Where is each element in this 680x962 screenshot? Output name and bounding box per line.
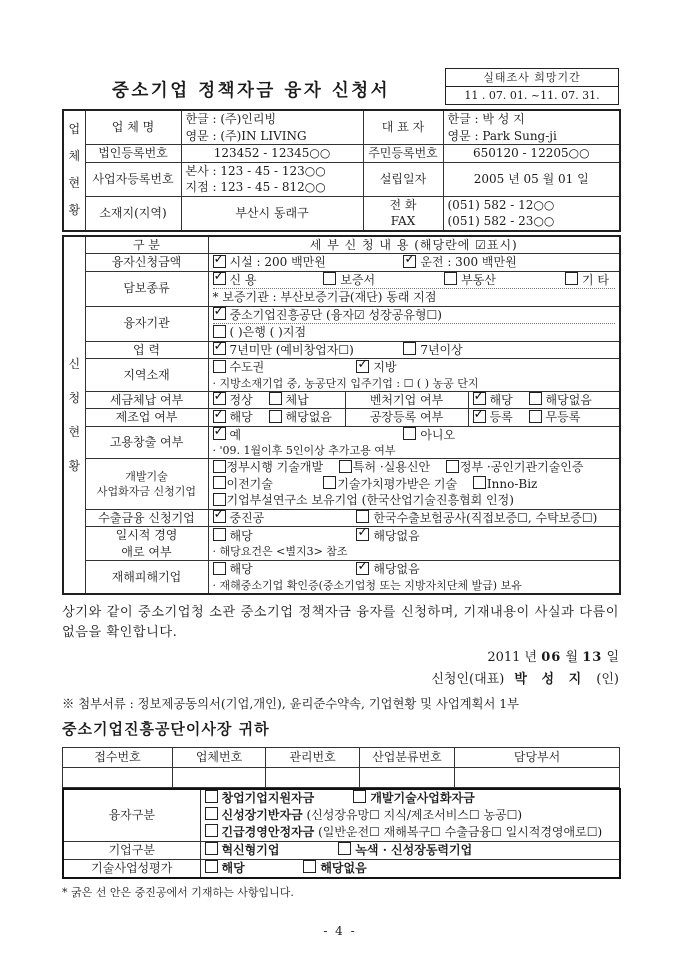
checkbox-employ-no[interactable] [403,427,416,440]
document-page: 중소기업 정책자금 융자 신청서 실태조사 희망기간 11 . 07. 01. … [0,0,680,962]
row-disaster: 재해피해기업 해당 해당없음 · 재해중소기업 확인증(중소기업청 또는 지방자… [63,561,620,594]
option-text: 예 [230,428,242,442]
venture-options: 해당 해당없음 [468,391,620,409]
option-text: 기업부설연구소 보유기업 (한국산업기술진흥협회 인정) [227,493,514,507]
option-text: 해당 [490,393,513,407]
option-tech-transfer: 이전기술 [213,476,308,493]
location-label: 소재지(지역) [85,196,181,231]
loan-amount-options: 시설 : 200 백만원 운전 : 300 백만원 [208,254,620,272]
option-sbc-export: 중진공 [213,510,341,527]
disaster-label: 재해피해기업 [85,561,208,594]
tel-fax-label: 전 화 FAX [363,196,443,231]
option-tempcrisis-yes: 해당 [213,528,341,545]
collateral-option-line: 신 용 보증서 부동산 기 타 [213,272,616,290]
founded-value: 2005 년 05 월 01 일 [443,162,620,196]
disaster-note: · 재해중소기업 확인증(중소기업청 또는 지방자치단체 발급) 보유 [213,578,616,593]
option-text: 해당없음 [320,861,366,875]
employment-note: · '09. 1월이후 5인이상 추가고용 여부 [213,443,616,458]
option-tech-eval-no: 해당없음 [303,860,366,877]
disaster-option-line: 해당 해당없음 [213,561,616,578]
option-innovative-corp: 혁신형기업 [205,842,323,859]
option-text: 해당 [222,861,245,875]
option-text: 신 용 [230,273,257,287]
option-emergency-fund: 긴급경영안정자금 (일반운전☐ 재해복구☐ 수출금융☐ 일시적경영애로☐) [205,824,603,841]
section-label-application-status: 신 청 현 황 [63,236,85,594]
option-patent: 특허 ·실용신안 [339,459,430,476]
option-text: 아니오 [420,428,455,442]
checkbox-startup-fund[interactable] [205,790,218,803]
option-over-7yr: 7년이상 [403,342,462,359]
option-under-7yr: 7년미만 (예비창업자☐) [213,342,388,359]
option-gov-techdev: 정부시행 기술개발 [213,459,324,476]
attachments-note: ※ 첨부서류 : 정보제공동의서(기업,개인), 윤리준수약속, 기업현황 및 … [62,694,619,712]
date-day: 13 [582,650,602,665]
row-export: 수출금융 신청기업 중진공 한국수출보험공사(직접보증☐, 수탁보증☐) [63,509,620,527]
declaration-statement: 상기와 같이 중소기업청 소관 중소기업 정책자금 융자를 신청하며, 기재내용… [62,603,619,643]
row-employment: 고용창출 여부 예 아니오 · '09. 1월이후 5인이상 추가고용 여부 [63,426,620,459]
option-text: 정부시행 기술개발 [227,460,324,474]
option-facility-fund: 시설 : 200 백만원 [213,254,388,271]
option-text: 등록 [490,410,513,424]
checkbox-tech-eval-no[interactable] [303,860,316,873]
form-content: 중소기업 정책자금 융자 신청서 실태조사 희망기간 11 . 07. 01. … [62,68,619,900]
checkbox-disaster-no[interactable] [356,562,369,575]
option-text: 해당 [230,410,253,424]
vlabel-char: 황 [64,449,85,483]
checkbox-venture-no[interactable] [529,392,542,405]
row-collateral: 담보종류 신 용 보증서 부동산 기 타 * 보증기관 : 부산보증기금(재단)… [63,271,620,306]
office-col-industry-no: 산업분류번호 [360,747,455,767]
agency-option-sbc: 중소기업진흥공단 (융자☑ 성장공유형☐) [213,307,616,325]
ceo-value: 한글 : 박 성 지 영문 : Park Sung-ji [443,110,620,145]
row-tax-venture: 세금체납 여부 정상 체납 벤처기업 여부 해당 해당없음 [63,391,620,409]
option-text: Inno-Biz [487,477,537,491]
option-text: 녹색 · 신성장동력기업 [355,843,472,857]
vlabel-char: 황 [64,197,85,224]
checkbox-tech-valuation[interactable] [323,476,336,489]
survey-period-box: 실태조사 희망기간 11 . 07. 01. ~11. 07. 31. [445,68,619,105]
ceo-name-en: 영문 : Park Sung-ji [448,128,616,145]
loan-type-options: 창업기업지원자금 개발기술사업화자금 신성장기반자금 (신성장유망☐ 지식/제조… [200,789,620,842]
option-guarantee-letter: 보증서 [323,272,428,289]
company-info-table: 업 체 현 황 업 체 명 한글 : (주)인리빙 영문 : (주)IN LIV… [62,109,621,232]
option-text: 정상 [230,393,253,407]
venture-label: 벤처기업 여부 [345,391,468,409]
tempcrisis-label-line1: 일시적 경영 [88,527,206,544]
tech-eval-label: 기술사업성평가 [63,859,200,878]
applicant-seal: (인) [596,672,619,687]
option-startup-fund: 창업기업지원자금 [205,790,338,807]
tempcrisis-options: 해당 해당없음 · 해당요건은 <별지3> 참조 [208,527,620,561]
tempcrisis-note: · 해당요건은 <별지3> 참조 [213,544,616,559]
checkbox-disaster-yes[interactable] [213,562,226,575]
option-gov-cert: 정부 ·공인기관기술인증 [446,459,584,476]
factory-options: 등록 무등록 [468,409,620,427]
row-location: 소재지(지역) 부산시 동래구 전 화 FAX (051) 582 - 12○○… [63,196,620,231]
option-factory-unreg: 무등록 [529,409,581,426]
biz-reg-value: 본사 : 123 - 45 - 123○○ 지점 : 123 - 45 - 81… [181,162,363,196]
checkbox-facility-fund[interactable] [213,255,226,268]
option-text: 기술가치평가받은 기술 [337,477,457,491]
option-operating-fund: 운전 : 300 백만원 [403,254,516,271]
option-text: 특허 ·실용신안 [353,460,430,474]
office-empty-cell-mgmt [266,767,360,787]
option-credit: 신 용 [213,272,308,289]
collateral-label: 담보종류 [85,271,208,306]
loan-amount-label: 융자신청금액 [85,254,208,272]
checkbox-bank-agency[interactable] [213,325,226,338]
option-mfg-yes: 해당 [213,409,253,426]
option-text: 보증서 [340,273,375,287]
applicant-line: 신청인(대표) 박 성 지 (인) [62,668,619,687]
ceo-label: 대 표 자 [363,110,443,145]
checkbox-research-lab[interactable] [213,493,226,506]
row-loan-agency: 융자기관 중소기업진흥공단 (융자☑ 성장공유형☐) ( )은행 ( )지점 [63,306,620,341]
manufacture-options: 해당 해당없음 [208,409,345,427]
row-region: 지역소재 수도권 지방 · 지방소재기업 중, 농공단지 입주기업 : ☐ ( … [63,359,620,392]
collateral-note: * 보증기관 : 부산보증기금(재단) 동래 지점 [213,289,616,306]
techfund-line3: 기업부설연구소 보유기업 (한국산업기술진흥협회 인정) [213,492,616,509]
row-company-name: 업 체 현 황 업 체 명 한글 : (주)인리빙 영문 : (주)IN LIV… [63,110,620,145]
loan-agency-label: 융자기관 [85,306,208,341]
survey-period-label: 실태조사 희망기간 [446,69,618,87]
option-text: 7년미만 (예비창업자☐) [230,343,354,357]
office-use-header-table: 접수번호 업체번호 관리번호 산업분류번호 담당부서 [62,747,620,788]
checkbox-factory-reg[interactable] [473,410,486,423]
page-number: - 4 - [0,924,680,938]
option-text: 체납 [286,393,309,407]
option-text: 정부 ·공인기관기술인증 [460,460,584,474]
company-name-en: 영문 : (주)IN LIVING [186,128,359,145]
export-label: 수출금융 신청기업 [85,509,208,527]
checkbox-real-estate[interactable] [444,272,457,285]
region-options: 수도권 지방 · 지방소재기업 중, 농공단지 입주기업 : ☐ ( ) 농공 … [208,359,620,392]
date-month: 06 [541,650,561,665]
company-name-kr: 한글 : (주)인리빙 [186,111,359,128]
checkbox-employ-yes[interactable] [213,427,226,440]
office-empty-cell-industry [360,767,455,787]
resident-reg-value: 650120 - 12205○○ [443,145,620,163]
option-text: 운전 : 300 백만원 [420,255,516,269]
techfund-label-line2: 사업화자금 신청기업 [88,484,206,499]
option-research-lab: 기업부설연구소 보유기업 (한국산업기술진흥협회 인정) [213,492,514,509]
option-green-corp: 녹색 · 신성장동력기업 [338,842,472,859]
employment-option-line: 예 아니오 [213,427,616,444]
checkbox-credit[interactable] [213,272,226,285]
tempcrisis-label-line2: 애로 여부 [88,544,206,561]
loan-type-line1: 창업기업지원자금 개발기술사업화자금 [205,790,616,807]
option-tech-valuation: 기술가치평가받은 기술 [323,476,457,493]
techfund-label-line1: 개발기술 [88,469,206,484]
export-options: 중진공 한국수출보험공사(직접보증☐, 수탁보증☐) [208,509,620,527]
option-mfg-no: 해당없음 [269,409,332,426]
region-label: 지역소재 [85,359,208,392]
office-col-dept: 담당부서 [455,747,620,767]
checkbox-tech-transfer[interactable] [213,476,226,489]
row-tempcrisis: 일시적 경영 애로 여부 해당 해당없음 · 해당요건은 <별지3> 참조 [63,527,620,561]
resident-reg-label: 주민등록번호 [363,145,443,163]
checkbox-mfg-no[interactable] [269,410,282,423]
addressee: 중소기업진흥공단이사장 귀하 [62,718,619,739]
option-text: 중소기업진흥공단 (융자☑ 성장공유형☐) [230,308,442,322]
corp-reg-label: 법인등록번호 [85,145,181,163]
checkbox-guarantee-letter[interactable] [323,272,336,285]
tempcrisis-label: 일시적 경영 애로 여부 [85,527,208,561]
vlabel-char: 신 [64,347,85,381]
option-text: 부동산 [461,273,496,287]
vlabel-char: 현 [64,170,85,197]
ceo-name-kr: 한글 : 박 성 지 [448,111,616,128]
option-newgrowth-fund: 신성장기반자금 (신성장유망☐ 지식/제조서비스☐ 농공☐) [205,807,523,824]
checkbox-under-7yr[interactable] [213,342,226,355]
checkbox-province[interactable] [356,360,369,373]
detail-header-label: 구 분 [85,236,208,254]
checkbox-sbc-export[interactable] [213,510,226,523]
date-month-unit: 월 [566,650,579,665]
option-text: 해당없음 [546,393,592,407]
techfund-label: 개발기술 사업화자금 신청기업 [85,459,208,510]
disaster-options: 해당 해당없음 · 재해중소기업 확인증(중소기업청 또는 지방자치단체 발급)… [208,561,620,594]
employment-options: 예 아니오 · '09. 1월이후 5인이상 추가고용 여부 [208,426,620,459]
checkbox-innovative-corp[interactable] [205,842,218,855]
location-value: 부산시 동래구 [181,196,363,231]
option-innobiz: Inno-Biz [473,476,537,493]
row-history: 업 력 7년미만 (예비창업자☐) 7년이상 [63,341,620,359]
option-employ-no: 아니오 [403,427,455,444]
vlabel-char: 현 [64,415,85,449]
vlabel-char: 청 [64,381,85,415]
office-col-company-no: 업체번호 [173,747,266,767]
row-loan-type: 융자구분 창업기업지원자금 개발기술사업화자금 신성장기반자금 (신성장유망☐ … [63,789,620,842]
option-text: 지방 [373,360,396,374]
row-corp-type: 기업구분 혁신형기업 녹색 · 신성장동력기업 [63,841,620,859]
history-label: 업 력 [85,341,208,359]
date-day-unit: 일 [606,650,619,665]
loan-type-line3: 긴급경영안정자금 (일반운전☐ 재해복구☐ 수출금융☐ 일시적경영애로☐) [205,824,616,841]
tel-value: (051) 582 - 12○○ [448,197,616,214]
applicant-name: 박 성 지 [514,672,586,687]
checkbox-tax-delinquent[interactable] [269,392,282,405]
biz-reg-hq: 본사 : 123 - 45 - 123○○ [186,163,359,180]
option-real-estate: 부동산 [444,272,549,289]
checkbox-ksure[interactable] [356,510,369,523]
checkbox-patent[interactable] [339,460,352,473]
survey-period-value: 11 . 07. 01. ~11. 07. 31. [446,87,618,104]
factory-label: 공장등록 여부 [345,409,468,427]
checkbox-green-corp[interactable] [338,842,351,855]
checkbox-factory-unreg[interactable] [529,410,542,423]
page-title: 중소기업 정책자금 융자 신청서 [112,77,390,102]
loan-agency-options: 중소기업진흥공단 (융자☑ 성장공유형☐) ( )은행 ( )지점 [208,306,620,341]
office-empty-cell-company [173,767,266,787]
office-col-receipt-no: 접수번호 [63,747,173,767]
checkbox-etc[interactable] [565,272,578,285]
vlabel-char: 업 [64,116,85,143]
option-subtext: (신성장유망☐ 지식/제조서비스☐ 농공☐) [303,808,522,822]
company-name-label: 업 체 명 [85,110,181,145]
checkbox-tax-normal[interactable] [213,392,226,405]
option-text: ( )은행 ( )지점 [230,325,307,339]
row-biz-reg: 사업자등록번호 본사 : 123 - 45 - 123○○ 지점 : 123 -… [63,162,620,196]
tel-label: 전 화 [366,197,441,214]
manufacture-label: 제조업 여부 [85,409,208,427]
option-venture-yes: 해당 [473,392,513,409]
office-empty-cell-dept [455,767,620,787]
techfund-options: 정부시행 기술개발 특허 ·실용신안 정부 ·공인기관기술인증 이전기술 기술가… [208,459,620,510]
checkbox-newgrowth-fund[interactable] [205,807,218,820]
tax-options: 정상 체납 [208,391,345,409]
checkbox-capital-region[interactable] [213,360,226,373]
option-text: 해당 [230,529,253,543]
loan-type-line2: 신성장기반자금 (신성장유망☐ 지식/제조서비스☐ 농공☐) [205,807,616,824]
biz-reg-label: 사업자등록번호 [85,162,181,196]
option-text: 신성장기반자금 [222,808,303,822]
option-tempcrisis-no: 해당없음 [356,528,419,545]
option-text: 이전기술 [227,477,273,491]
checkbox-mfg-yes[interactable] [213,410,226,423]
fax-value: (051) 582 - 23○○ [448,213,616,230]
checkbox-tempcrisis-no[interactable] [356,528,369,541]
founded-label: 설립일자 [363,162,443,196]
option-subtext: (일반운전☐ 재해복구☐ 수출금융☐ 일시적경영애로☐) [314,825,602,839]
option-text: 해당없음 [373,562,419,576]
history-options: 7년미만 (예비창업자☐) 7년이상 [208,341,620,359]
option-text: 해당없음 [286,410,332,424]
checkbox-tech-eval-yes[interactable] [205,860,218,873]
option-venture-no: 해당없음 [529,392,592,409]
company-name-value: 한글 : (주)인리빙 영문 : (주)IN LIVING [181,110,363,145]
corp-reg-value: 123452 - 12345○○ [181,145,363,163]
region-note: · 지방소재기업 중, 농공단지 입주기업 : ☐ ( ) 농공 단지 [213,376,616,391]
agency-option-bank: ( )은행 ( )지점 [213,324,616,341]
vlabel-char: 체 [64,143,85,170]
region-option-line: 수도권 지방 [213,359,616,376]
checkbox-devtech-fund[interactable] [353,790,366,803]
tempcrisis-option-line: 해당 해당없음 [213,528,616,545]
title-row: 중소기업 정책자금 융자 신청서 실태조사 희망기간 11 . 07. 01. … [62,68,619,105]
option-disaster-no: 해당없음 [356,561,419,578]
checkbox-over-7yr[interactable] [403,342,416,355]
checkbox-sbc-agency[interactable] [213,307,226,320]
option-employ-yes: 예 [213,427,388,444]
checkbox-gov-techdev[interactable] [213,460,226,473]
checkbox-gov-cert[interactable] [446,460,459,473]
checkbox-tempcrisis-yes[interactable] [213,528,226,541]
office-use-classification-table: 융자구분 창업기업지원자금 개발기술사업화자금 신성장기반자금 (신성장유망☐ … [62,788,621,879]
loan-type-label: 융자구분 [63,789,200,842]
row-tech-eval: 기술사업성평가 해당 해당없음 [63,859,620,878]
office-empty-cell-receipt [63,767,173,787]
row-manufacture-factory: 제조업 여부 해당 해당없음 공장등록 여부 등록 무등록 [63,409,620,427]
detail-header-content: 세 부 신 청 내 용 (해당란에 ☑표시) [208,236,620,254]
option-text: 시설 : 200 백만원 [230,255,326,269]
option-text: 해당없음 [373,529,419,543]
applicant-label: 신청인(대표) [431,672,504,687]
option-capital-region: 수도권 [213,359,341,376]
biz-reg-branch: 지점 : 123 - 45 - 812○○ [186,179,359,196]
option-text: 수도권 [230,360,265,374]
row-techfund: 개발기술 사업화자금 신청기업 정부시행 기술개발 특허 ·실용신안 정부 ·공… [63,459,620,510]
option-tax-delinquent: 체납 [269,392,309,409]
section-label-company-status: 업 체 현 황 [63,110,85,231]
office-footnote: * 굵은 선 안은 중진공에서 기재하는 사항입니다. [62,884,619,900]
option-ksure: 한국수출보험공사(직접보증☐, 수탁보증☐) [356,510,597,527]
option-text: 해당 [230,562,253,576]
checkbox-operating-fund[interactable] [403,255,416,268]
row-corp-reg: 법인등록번호 123452 - 12345○○ 주민등록번호 650120 - … [63,145,620,163]
fax-label: FAX [366,213,441,230]
application-detail-table: 신 청 현 황 구 분 세 부 신 청 내 용 (해당란에 ☑표시) 융자신청금… [62,235,621,595]
tax-label: 세금체납 여부 [85,391,208,409]
office-col-mgmt-no: 관리번호 [266,747,360,767]
corp-type-label: 기업구분 [63,841,200,859]
option-province: 지방 [356,359,396,376]
tel-fax-value: (051) 582 - 12○○ (051) 582 - 23○○ [443,196,620,231]
option-disaster-yes: 해당 [213,561,341,578]
corp-type-options: 혁신형기업 녹색 · 신성장동력기업 [200,841,620,859]
option-text: 한국수출보험공사(직접보증☐, 수탁보증☐) [373,511,597,525]
office-header-row: 접수번호 업체번호 관리번호 산업분류번호 담당부서 [63,747,620,767]
row-detail-header: 신 청 현 황 구 분 세 부 신 청 내 용 (해당란에 ☑표시) [63,236,620,254]
option-etc: 기 타 [565,272,609,289]
date-year: 2011 년 [487,650,537,665]
checkbox-emergency-fund[interactable] [205,824,218,837]
tech-eval-options: 해당 해당없음 [200,859,620,878]
row-loan-amount: 융자신청금액 시설 : 200 백만원 운전 : 300 백만원 [63,254,620,272]
collateral-options: 신 용 보증서 부동산 기 타 * 보증기관 : 부산보증기금(재단) 동래 지… [208,271,620,306]
option-tax-normal: 정상 [213,392,253,409]
option-factory-reg: 등록 [473,409,513,426]
option-text: 개발기술사업화자금 [370,791,474,805]
option-text: 긴급경영안정자금 [222,825,315,839]
option-text: 무등록 [546,410,581,424]
declaration-date: 2011 년 06 월 13 일 [62,646,619,665]
option-text: 창업기업지원자금 [222,791,315,805]
employment-label: 고용창출 여부 [85,426,208,459]
checkbox-venture-yes[interactable] [473,392,486,405]
techfund-line1: 정부시행 기술개발 특허 ·실용신안 정부 ·공인기관기술인증 [213,459,616,476]
option-text: 중진공 [230,511,265,525]
option-text: 혁신형기업 [222,843,280,857]
option-text: 기 타 [582,273,609,287]
checkbox-innobiz[interactable] [473,476,486,489]
option-tech-eval-yes: 해당 [205,860,288,877]
option-devtech-fund: 개발기술사업화자금 [353,790,474,807]
office-empty-row [63,767,620,787]
techfund-line2: 이전기술 기술가치평가받은 기술 Inno-Biz [213,476,616,493]
option-text: 7년이상 [420,343,462,357]
